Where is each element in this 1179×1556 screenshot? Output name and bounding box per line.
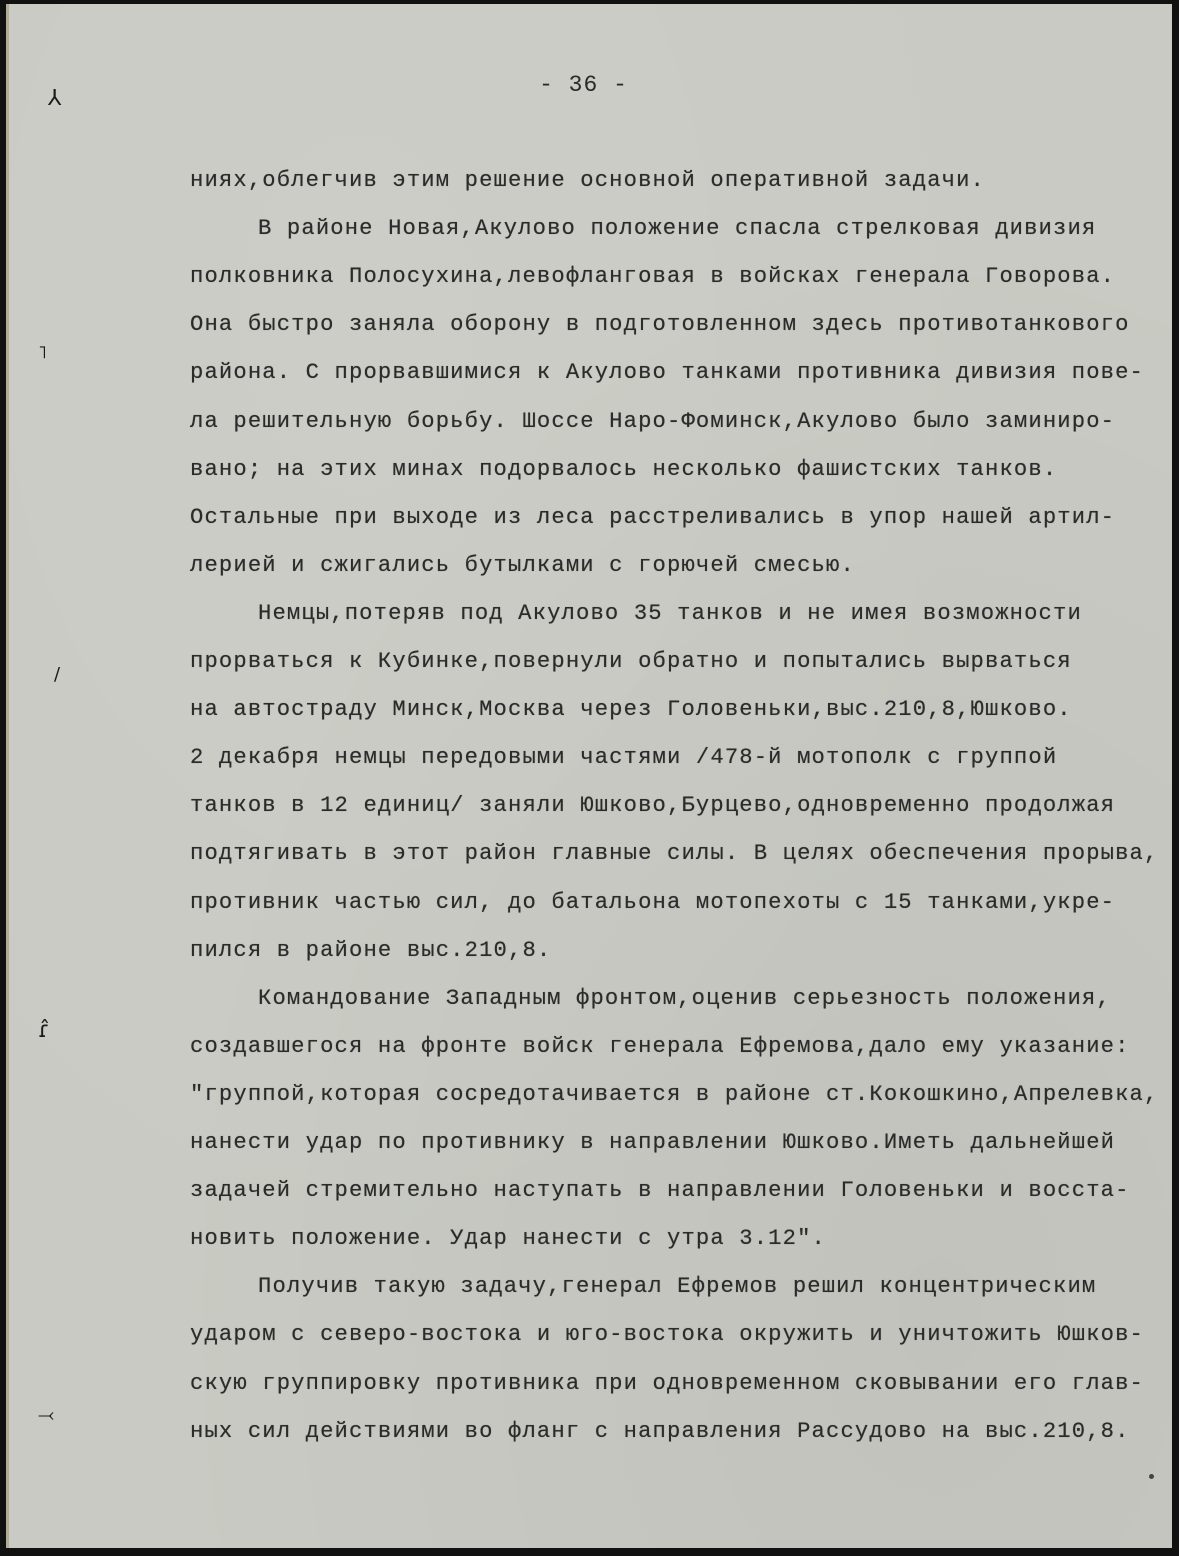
text-line: подтягивать в этот район главные силы. В… (190, 843, 1158, 865)
text-line: ла решительную борьбу. Шоссе Наро-Фоминс… (190, 411, 1115, 433)
text-line: лерией и сжигались бутылками с горючей с… (190, 555, 855, 577)
binding-hole-mark-icon: / (54, 664, 60, 685)
text-line: полковника Полосухина,левофланговая в во… (190, 266, 1115, 288)
binding-hole-mark-icon: ˥ (38, 342, 47, 363)
text-line: нанести удар по противнику в направлении… (190, 1132, 1115, 1154)
text-line: "группой,которая сосредотачивается в рай… (190, 1084, 1158, 1106)
binding-hole-mark-icon: ⤙ (38, 1402, 54, 1426)
text-line: вано; на этих минах подорвалось нескольк… (190, 459, 1057, 481)
text-line: прорваться к Кубинке,повернули обратно и… (190, 651, 1072, 673)
text-line: Немцы,потеряв под Акулово 35 танков и не… (258, 603, 1082, 625)
text-line: Остальные при выходе из леса расстрелива… (190, 507, 1115, 529)
text-line: района. С прорвавшимися к Акулово танкам… (190, 362, 1144, 384)
text-line: скую группировку противника при одноврем… (190, 1373, 1144, 1395)
text-line: Она быстро заняла оборону в подготовленн… (190, 314, 1130, 336)
text-line: ниях,облегчив этим решение основной опер… (190, 170, 985, 192)
text-line: на автостраду Минск,Москва через Головен… (190, 699, 1072, 721)
text-line: 2 декабря немцы передовыми частями /478-… (190, 747, 1057, 769)
text-line: танков в 12 единиц/ заняли Юшково,Бурцев… (190, 795, 1115, 817)
page-number: - 36 - (0, 72, 1173, 98)
text-line: Получив такую задачу,генерал Ефремов реш… (258, 1276, 1096, 1298)
text-line: пился в районе выс.210,8. (190, 940, 551, 962)
text-line: создавшегося на фронте войск генерала Еф… (190, 1036, 1130, 1058)
text-line: ных сил действиями во фланг с направлени… (190, 1421, 1130, 1443)
text-line: задачей стремительно наступать в направл… (190, 1180, 1130, 1202)
ink-speck (1149, 1474, 1154, 1479)
text-line: Командование Западным фронтом,оценив сер… (258, 988, 1111, 1010)
text-line: противник частью сил, до батальона мотоп… (190, 892, 1115, 914)
text-line: ударом с северо-востока и юго-востока ок… (190, 1324, 1144, 1346)
binding-hole-mark-icon: ɾ̂ (38, 1018, 50, 1043)
text-line: В районе Новая,Акулово положение спасла … (258, 218, 1096, 240)
text-line: новить положение. Удар нанести с утра 3.… (190, 1228, 826, 1250)
